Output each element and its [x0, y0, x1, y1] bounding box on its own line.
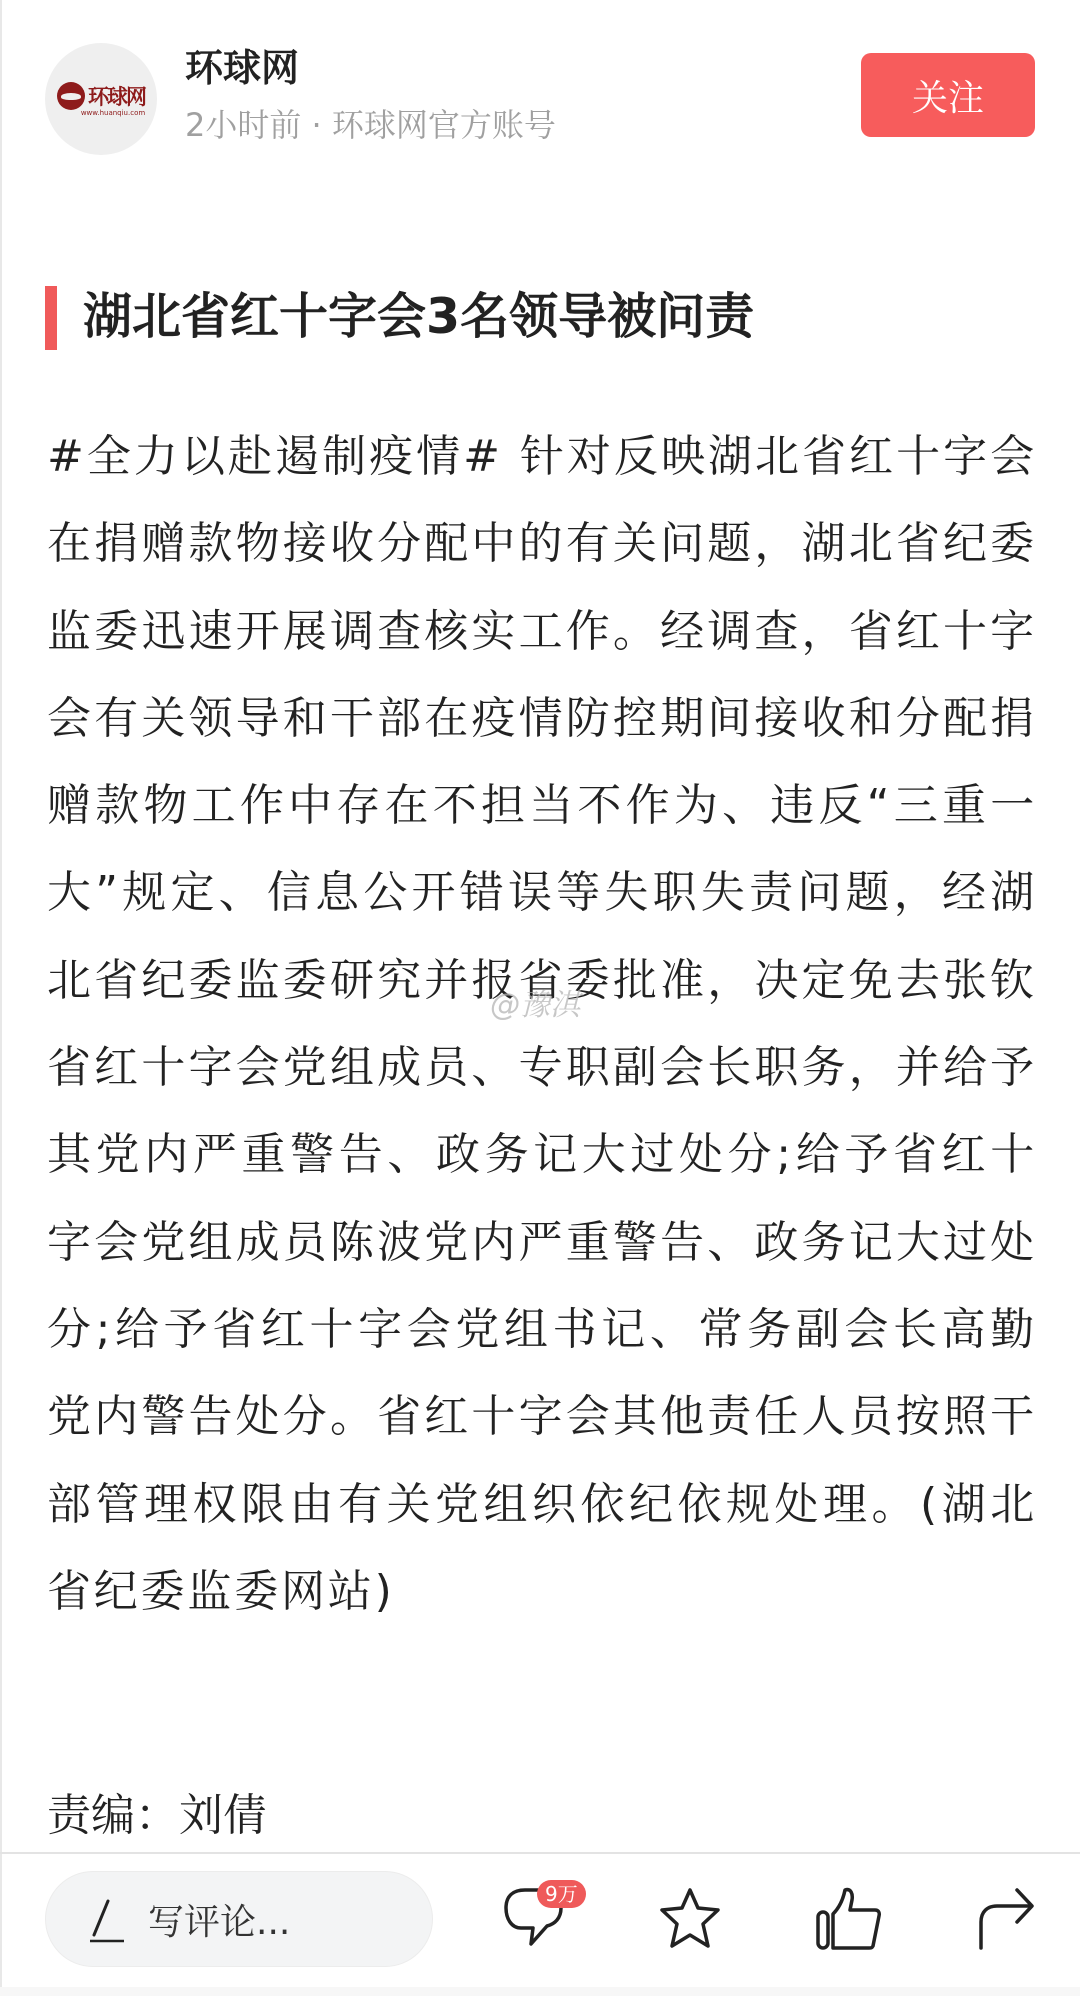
post-meta: 2小时前 · 环球网官方账号 [185, 105, 556, 145]
logo-url: www.huanqiu.com [81, 109, 145, 117]
write-comment-input[interactable]: 写评论... [45, 1871, 433, 1967]
watermark: @豫淇 [490, 980, 580, 1024]
thumbs-up-icon[interactable] [815, 1886, 883, 1952]
globe-logo-icon [57, 82, 85, 110]
comment-count-badge: 9万 [537, 1880, 586, 1908]
comment-placeholder: 写评论... [148, 1894, 290, 1945]
left-edge [0, 0, 2, 1996]
huanqiu-logo: 环球网 [57, 81, 145, 111]
title-accent-bar [45, 286, 57, 350]
pen-icon [86, 1893, 126, 1945]
logo-text: 环球网 [88, 81, 145, 111]
follow-button[interactable]: 关注 [861, 53, 1035, 137]
footer-divider [0, 1852, 1080, 1854]
bottom-strip [0, 1987, 1080, 1996]
source-name[interactable]: 环球网 [185, 45, 299, 91]
article-title: 湖北省红十字会3名领导被问责 [83, 284, 754, 350]
editor-credit: 责编：刘倩 [47, 1786, 267, 1846]
share-icon[interactable] [975, 1886, 1035, 1952]
avatar[interactable]: 环球网 www.huanqiu.com [45, 43, 157, 155]
article-body: #全力以赴遏制疫情# 针对反映湖北省红十字会在捐赠款物接收分配中的有关问题，湖北… [47, 413, 1037, 1635]
star-icon[interactable] [656, 1886, 724, 1952]
